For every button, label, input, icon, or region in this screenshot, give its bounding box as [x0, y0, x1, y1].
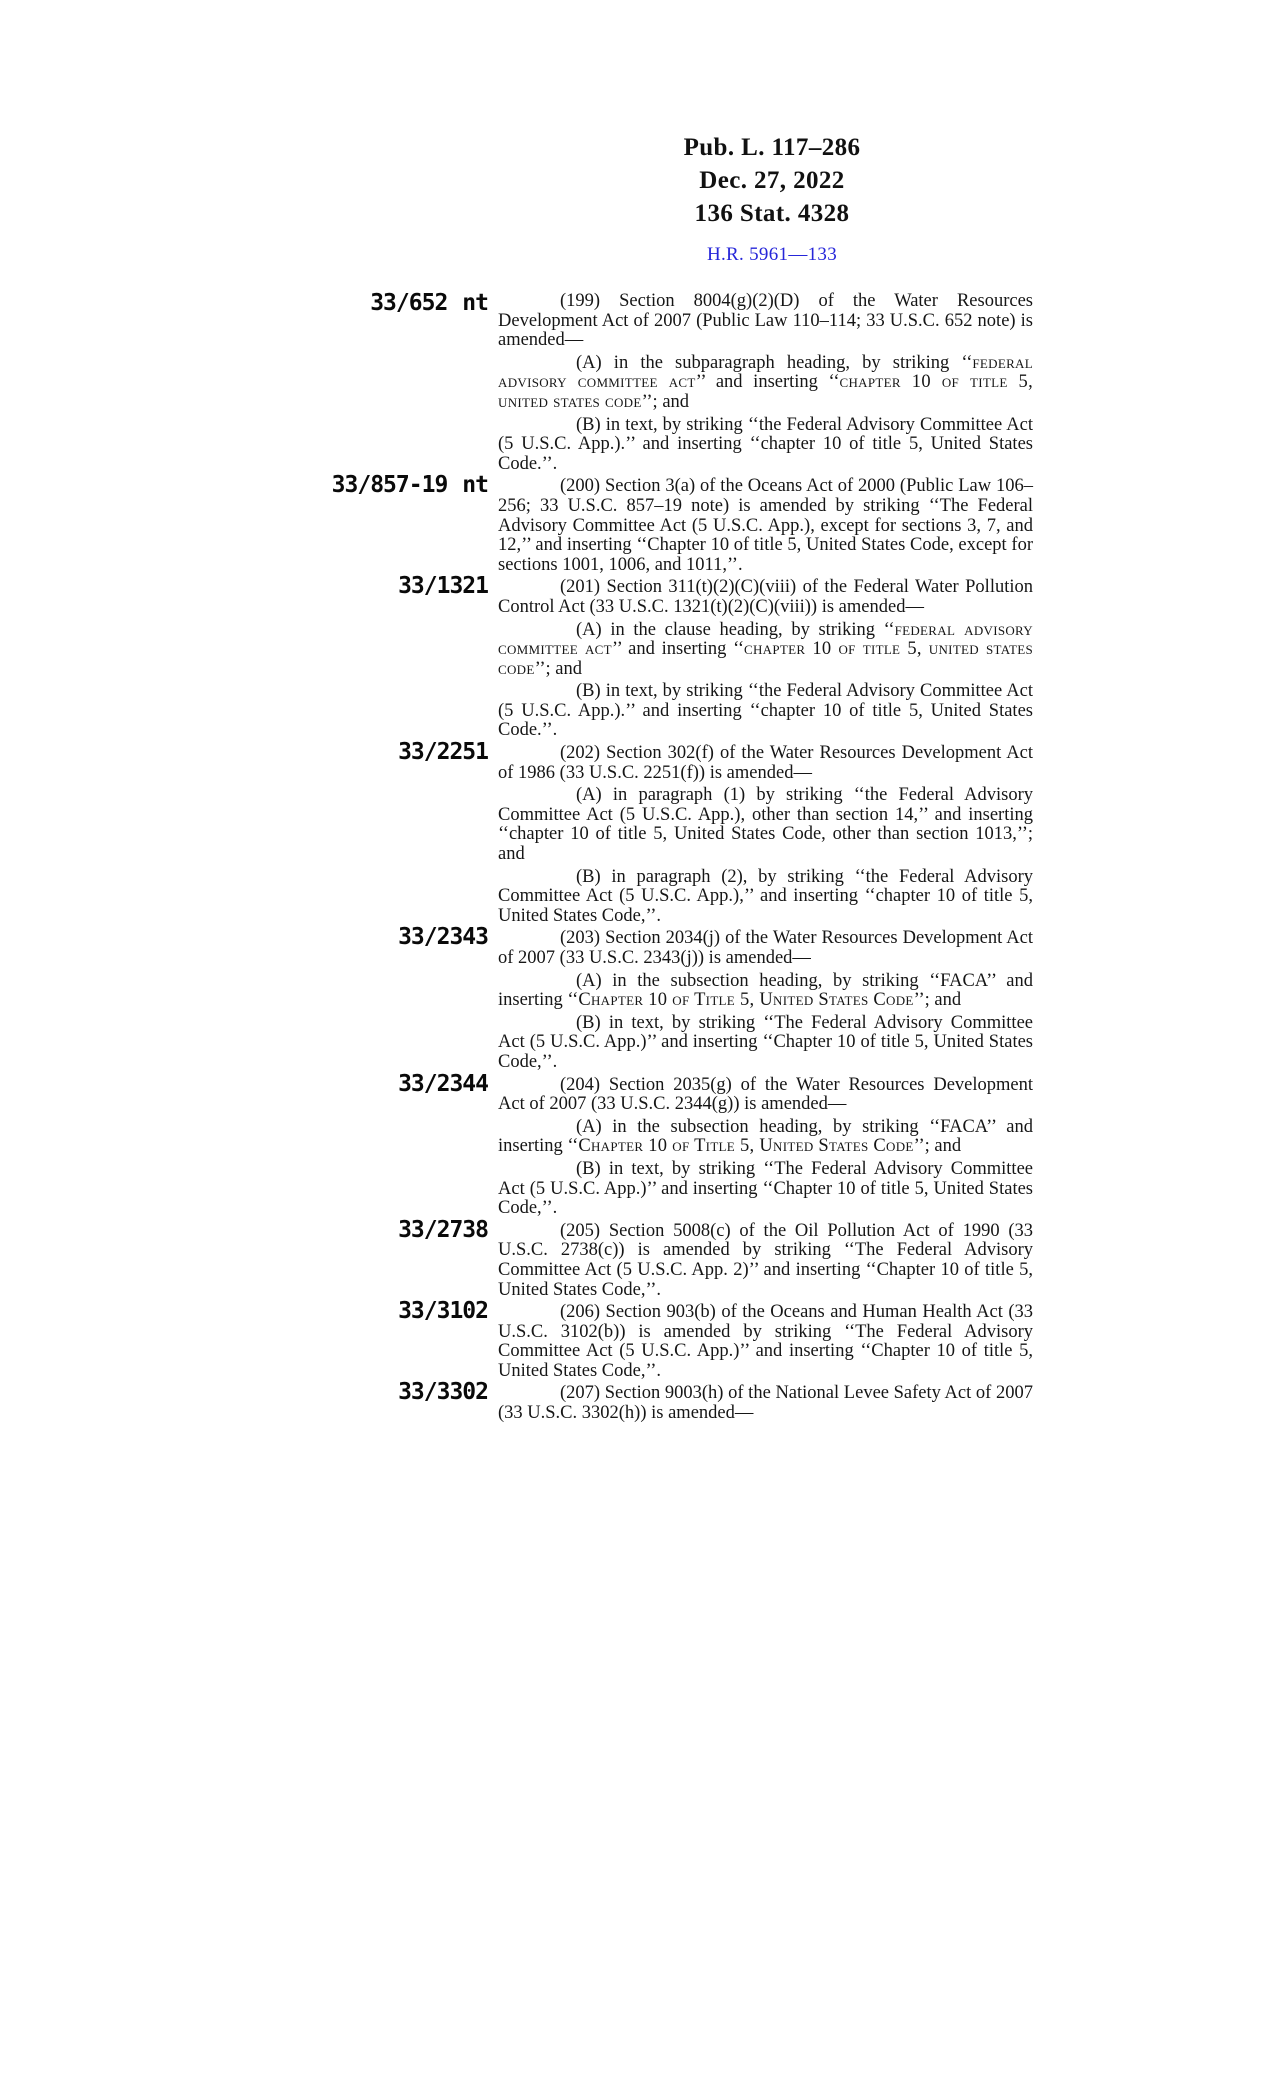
usc-note-suffix: nt — [462, 290, 488, 316]
statute-paragraph: (B) in paragraph (2), by striking ‘‘the … — [498, 868, 1033, 927]
text-run: (B) in paragraph (2), by striking ‘‘the … — [498, 867, 1033, 926]
enactment-date: Dec. 27, 2022 — [472, 164, 1072, 197]
usc-citation: 33/3302 — [0, 1381, 488, 1403]
text-run: (B) in text, by striking ‘‘the Federal A… — [498, 415, 1033, 474]
text-run: (A) in paragraph (1) by striking ‘‘the F… — [498, 785, 1033, 864]
usc-citation-code: 33/2251 — [398, 739, 488, 765]
usc-citation: 33/857-19nt — [0, 474, 488, 496]
statute-paragraph: (A) in the clause heading, by striking ‘… — [498, 621, 1033, 680]
usc-citation-code: 33/2344 — [398, 1071, 488, 1097]
statute-paragraph: (201) Section 311(t)(2)(C)(viii) of the … — [498, 578, 1033, 617]
usc-citation: 33/652nt — [0, 292, 488, 314]
usc-citation-code: 33/2738 — [398, 1217, 488, 1243]
small-caps-text: Chapter 10 of Title 5, United States Cod… — [578, 1136, 913, 1156]
statute-paragraph: (205) Section 5008(c) of the Oil Polluti… — [498, 1222, 1033, 1300]
statute-paragraph: (203) Section 2034(j) of the Water Resou… — [498, 929, 1033, 968]
text-run: (204) Section 2035(g) of the Water Resou… — [498, 1075, 1033, 1115]
usc-citation-code: 33/2343 — [398, 924, 488, 950]
amendment-entry: 33/2738(205) Section 5008(c) of the Oil … — [0, 1219, 1100, 1300]
amendment-entry: 33/1321(201) Section 311(t)(2)(C)(viii) … — [0, 575, 1100, 741]
entry-body: (203) Section 2034(j) of the Water Resou… — [498, 926, 1033, 1072]
statute-paragraph: (A) in the subparagraph heading, by stri… — [498, 354, 1033, 413]
public-law-number: Pub. L. 117–286 — [472, 131, 1072, 164]
document-page: Pub. L. 117–286 Dec. 27, 2022 136 Stat. … — [0, 0, 1273, 2098]
entries: 33/652nt(199) Section 8004(g)(2)(D) of t… — [0, 292, 1100, 1424]
statute-paragraph: (B) in text, by striking ‘‘the Federal A… — [498, 416, 1033, 475]
entry-body: (200) Section 3(a) of the Oceans Act of … — [498, 474, 1033, 575]
statute-paragraph: (B) in text, by striking ‘‘The Federal A… — [498, 1014, 1033, 1073]
entry-body: (201) Section 311(t)(2)(C)(viii) of the … — [498, 575, 1033, 741]
statute-paragraph: (200) Section 3(a) of the Oceans Act of … — [498, 477, 1033, 575]
usc-citation: 33/2344 — [0, 1073, 488, 1095]
usc-citation-code: 33/3102 — [398, 1298, 488, 1324]
usc-citation-code: 33/857-19 — [332, 472, 448, 498]
entry-body: (199) Section 8004(g)(2)(D) of the Water… — [498, 292, 1033, 474]
text-run: (206) Section 903(b) of the Oceans and H… — [498, 1302, 1033, 1381]
entry-body: (206) Section 903(b) of the Oceans and H… — [498, 1300, 1033, 1381]
statute-paragraph: (202) Section 302(f) of the Water Resour… — [498, 744, 1033, 783]
amendment-entry: 33/3102(206) Section 903(b) of the Ocean… — [0, 1300, 1100, 1381]
text-run: (199) Section 8004(g)(2)(D) of the Water… — [498, 291, 1033, 350]
statute-paragraph: (B) in text, by striking ‘‘the Federal A… — [498, 682, 1033, 741]
statute-paragraph: (A) in paragraph (1) by striking ‘‘the F… — [498, 786, 1033, 864]
text-run: ’’; and — [642, 392, 689, 412]
text-run: ’’ and inserting ‘‘ — [696, 372, 840, 392]
amendment-entry: 33/2344(204) Section 2035(g) of the Wate… — [0, 1073, 1100, 1219]
amendment-entry: 33/3302(207) Section 9003(h) of the Nati… — [0, 1381, 1100, 1423]
amendment-entry: 33/857-19nt(200) Section 3(a) of the Oce… — [0, 474, 1100, 575]
statute-paragraph: (A) in the subsection heading, by striki… — [498, 972, 1033, 1011]
statute-paragraph: (204) Section 2035(g) of the Water Resou… — [498, 1076, 1033, 1115]
usc-citation-code: 33/652 — [370, 290, 447, 316]
usc-citation-code: 33/3302 — [398, 1379, 488, 1405]
statute-paragraph: (A) in the subsection heading, by striki… — [498, 1118, 1033, 1157]
usc-citation: 33/2251 — [0, 741, 488, 763]
text-run: (205) Section 5008(c) of the Oil Polluti… — [498, 1221, 1033, 1300]
usc-citation: 33/2343 — [0, 926, 488, 948]
entry-body: (204) Section 2035(g) of the Water Resou… — [498, 1073, 1033, 1219]
entry-body: (205) Section 5008(c) of the Oil Polluti… — [498, 1219, 1033, 1300]
text-run: (207) Section 9003(h) of the National Le… — [498, 1383, 1033, 1423]
bill-page-number: H.R. 5961—133 — [472, 244, 1072, 266]
statute-paragraph: (B) in text, by striking ‘‘The Federal A… — [498, 1160, 1033, 1219]
text-run: (A) in the subparagraph heading, by stri… — [576, 353, 972, 373]
usc-note-suffix: nt — [462, 472, 488, 498]
statutes-at-large-citation: 136 Stat. 4328 — [472, 197, 1072, 230]
text-run: (B) in text, by striking ‘‘The Federal A… — [498, 1013, 1033, 1072]
usc-citation: 33/3102 — [0, 1300, 488, 1322]
entry-body: (207) Section 9003(h) of the National Le… — [498, 1381, 1033, 1423]
text-run: (A) in the clause heading, by striking ‘… — [576, 620, 895, 640]
text-run: ’’; and — [914, 990, 961, 1010]
text-run: (B) in text, by striking ‘‘The Federal A… — [498, 1159, 1033, 1218]
small-caps-text: Chapter 10 of Title 5, United States Cod… — [578, 990, 913, 1010]
text-run: ’’; and — [914, 1136, 961, 1156]
text-run: (202) Section 302(f) of the Water Resour… — [498, 743, 1033, 783]
text-run: ’’ and inserting ‘‘ — [612, 639, 744, 659]
usc-citation-code: 33/1321 — [398, 573, 488, 599]
statute-paragraph: (206) Section 903(b) of the Oceans and H… — [498, 1303, 1033, 1381]
usc-citation: 33/2738 — [0, 1219, 488, 1241]
amendment-entry: 33/2251(202) Section 302(f) of the Water… — [0, 741, 1100, 926]
statute-paragraph: (199) Section 8004(g)(2)(D) of the Water… — [498, 292, 1033, 351]
text-run: (201) Section 311(t)(2)(C)(viii) of the … — [498, 577, 1033, 617]
text-run: (B) in text, by striking ‘‘the Federal A… — [498, 681, 1033, 740]
text-run: (200) Section 3(a) of the Oceans Act of … — [498, 476, 1033, 574]
statute-paragraph: (207) Section 9003(h) of the National Le… — [498, 1384, 1033, 1423]
page-header: Pub. L. 117–286 Dec. 27, 2022 136 Stat. … — [472, 131, 1072, 266]
text-run: (203) Section 2034(j) of the Water Resou… — [498, 928, 1033, 968]
amendment-entry: 33/652nt(199) Section 8004(g)(2)(D) of t… — [0, 292, 1100, 474]
text-run: ’’; and — [535, 659, 582, 679]
usc-citation: 33/1321 — [0, 575, 488, 597]
amendment-entry: 33/2343(203) Section 2034(j) of the Wate… — [0, 926, 1100, 1072]
entry-body: (202) Section 302(f) of the Water Resour… — [498, 741, 1033, 926]
